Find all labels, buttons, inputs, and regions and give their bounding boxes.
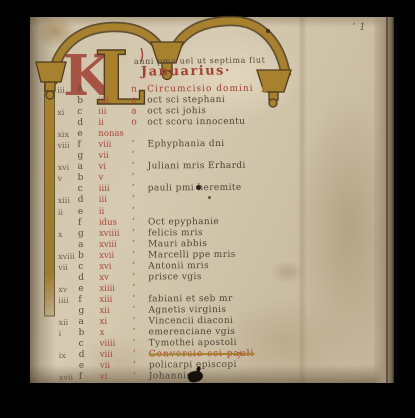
- feast-entry: Vincencii diaconi: [145, 316, 234, 328]
- day-numeral: vi: [92, 372, 133, 383]
- red-tick-mark: ’: [133, 316, 145, 327]
- red-tick-mark: ’: [132, 305, 144, 316]
- day-numeral: xvii: [91, 250, 132, 261]
- golden-number: viii: [57, 140, 77, 151]
- red-tick-mark: a: [131, 107, 143, 118]
- golden-number: x: [58, 229, 78, 240]
- dominical-letter: g: [78, 228, 91, 239]
- red-tick-mark: ’: [132, 162, 144, 173]
- dominical-letter: c: [78, 184, 91, 195]
- feast-entry: Juliani mris Erhardi: [144, 161, 246, 173]
- feast-entry: Antonii mris: [144, 261, 209, 272]
- dominical-letter: b: [78, 251, 91, 262]
- dark-speck: [266, 29, 270, 33]
- feast-entry: Johannis: [145, 371, 192, 382]
- dominical-letter: f: [78, 295, 91, 306]
- day-numeral: idus: [91, 217, 132, 228]
- feast-entry: Oct epyphanie: [144, 217, 219, 228]
- day-numeral: xii: [91, 306, 132, 317]
- day-numeral: xiiii: [91, 283, 132, 294]
- day-numeral: xi: [92, 317, 133, 328]
- feast-entry: Agnetis virginis: [144, 305, 226, 317]
- dominical-letter: f: [77, 140, 90, 151]
- feast-entry: Ephyphania dni: [143, 139, 224, 150]
- day-numeral: xviiii: [91, 228, 132, 239]
- day-numeral: viiii: [92, 339, 133, 350]
- day-numeral: iiii: [90, 96, 131, 107]
- red-tick-mark: ’: [132, 184, 144, 195]
- golden-number: ix: [59, 350, 79, 361]
- feast-entry: policarpi episcopi: [145, 360, 237, 372]
- day-numeral: vi: [91, 162, 132, 173]
- red-tick-mark: ’: [132, 206, 144, 217]
- day-numeral: xv: [91, 272, 132, 283]
- day-numeral: v: [91, 173, 132, 184]
- feast-entry: Marcelli ppe mris: [144, 250, 236, 262]
- dominical-letter: a: [78, 162, 91, 173]
- dominical-letter: b: [78, 173, 91, 184]
- dominical-letter: e: [77, 129, 90, 140]
- feast-entry: pauli pmi heremite: [144, 183, 242, 195]
- dominical-letter: e: [78, 206, 91, 217]
- dominical-letter: a: [79, 317, 92, 328]
- feast-entry: prisce vgis: [144, 272, 202, 283]
- feast-entry: oct scoru innocentu: [143, 117, 245, 129]
- golden-number: v: [58, 173, 78, 184]
- red-tick-mark: ’: [132, 217, 144, 228]
- day-numeral: iii: [90, 107, 131, 118]
- dominical-letter: e: [78, 284, 91, 295]
- feast-entry: felicis mris: [144, 228, 203, 239]
- golden-number: iii: [57, 85, 77, 96]
- day-numeral: nonas: [90, 129, 131, 140]
- day-numeral: vii: [90, 151, 131, 162]
- dominical-letter: f: [78, 217, 91, 228]
- feast-entry: Circumcisio domini: [143, 84, 253, 96]
- golden-number: i: [59, 328, 79, 339]
- dominical-letter: e: [79, 361, 92, 372]
- day-numeral: vii: [92, 361, 133, 372]
- day-numeral: viii: [90, 140, 131, 151]
- red-tick-mark: ’: [133, 361, 145, 372]
- folio-digit: 1: [359, 22, 369, 33]
- red-tick-mark: o: [131, 118, 143, 129]
- red-tick-mark: ’: [132, 250, 144, 261]
- dominical-letter: d: [77, 118, 90, 129]
- dominical-letter: b: [77, 96, 90, 107]
- dominical-letter: g: [77, 151, 90, 162]
- dominical-letter: A: [77, 85, 90, 96]
- day-numeral: xvi: [91, 261, 132, 272]
- dominical-letter: a: [78, 239, 91, 250]
- red-tick-mark: ’: [133, 350, 145, 361]
- feast-entry: Mauri abbis: [144, 239, 207, 250]
- calendar-rows: iiiAnCircumcisio dominixbiiiiooct sci st…: [57, 83, 389, 383]
- day-numeral: xiii: [91, 294, 132, 305]
- golden-number: xviii: [58, 251, 78, 262]
- dominical-letter: d: [79, 350, 92, 361]
- red-tick-mark: ’: [132, 283, 144, 294]
- red-tick-mark: ’: [132, 261, 144, 272]
- dominical-letter: g: [78, 306, 91, 317]
- red-tick-mark: n: [131, 85, 143, 96]
- dominical-letter: b: [79, 328, 92, 339]
- golden-number: ii: [58, 206, 78, 217]
- day-numeral: iiii: [91, 184, 132, 195]
- red-tick-mark: o: [131, 96, 143, 107]
- feast-entry: Tymothei apostoli: [145, 338, 237, 350]
- golden-number: xi: [57, 107, 77, 118]
- red-tick-mark: ’: [132, 239, 144, 250]
- dominical-letter: c: [78, 262, 91, 273]
- day-numeral: ii: [91, 206, 132, 217]
- day-numeral: iii: [91, 195, 132, 206]
- day-numeral: x: [92, 328, 133, 339]
- manuscript-photo: K L anni pma uel ut septima fiut Januari…: [0, 0, 415, 418]
- dominical-letter: d: [78, 195, 91, 206]
- gold-flourish-mark: x: [253, 83, 268, 96]
- feast-entry: oct sci johis: [143, 106, 206, 117]
- red-tick-mark: ’: [132, 272, 144, 283]
- red-tick-mark: ’: [132, 294, 144, 305]
- day-numeral: xviii: [91, 239, 132, 250]
- red-tick-mark: ’: [132, 173, 144, 184]
- day-numeral: viii: [92, 350, 133, 361]
- dominical-letter: c: [79, 339, 92, 350]
- dominical-letter: f: [79, 372, 92, 383]
- red-tick-mark: ’: [132, 228, 144, 239]
- day-numeral: ii: [90, 118, 131, 129]
- ink-speck: [196, 185, 201, 190]
- red-tick-mark: ’: [131, 140, 143, 151]
- calendar-row: xviifvi’Johannis: [59, 370, 389, 383]
- brown-speck: [208, 196, 211, 199]
- golden-number: vii: [58, 262, 78, 273]
- golden-number: iiii: [58, 295, 78, 306]
- golden-number: xv: [58, 284, 78, 295]
- folio-number: ʼ1: [352, 22, 370, 33]
- golden-number: xii: [59, 317, 79, 328]
- month-title: Januarius·: [141, 63, 231, 79]
- golden-number: xix: [57, 129, 77, 140]
- dominical-letter: d: [78, 273, 91, 284]
- feast-entry: fabiani et seb mr: [144, 294, 232, 306]
- golden-number: xiii: [58, 195, 78, 206]
- red-tick-mark: ’: [132, 195, 144, 206]
- red-tick-mark: ’: [133, 372, 145, 383]
- feast-entry: oct sci stephani: [143, 95, 225, 107]
- red-tick-mark: ’: [133, 328, 145, 339]
- red-tick-mark: ’: [131, 151, 143, 162]
- dominical-letter: c: [77, 107, 90, 118]
- feast-entry: emerenciane vgis: [145, 327, 236, 339]
- golden-number: xvi: [58, 162, 78, 173]
- red-tick-mark: ’: [133, 339, 145, 350]
- golden-number: xvii: [59, 372, 79, 383]
